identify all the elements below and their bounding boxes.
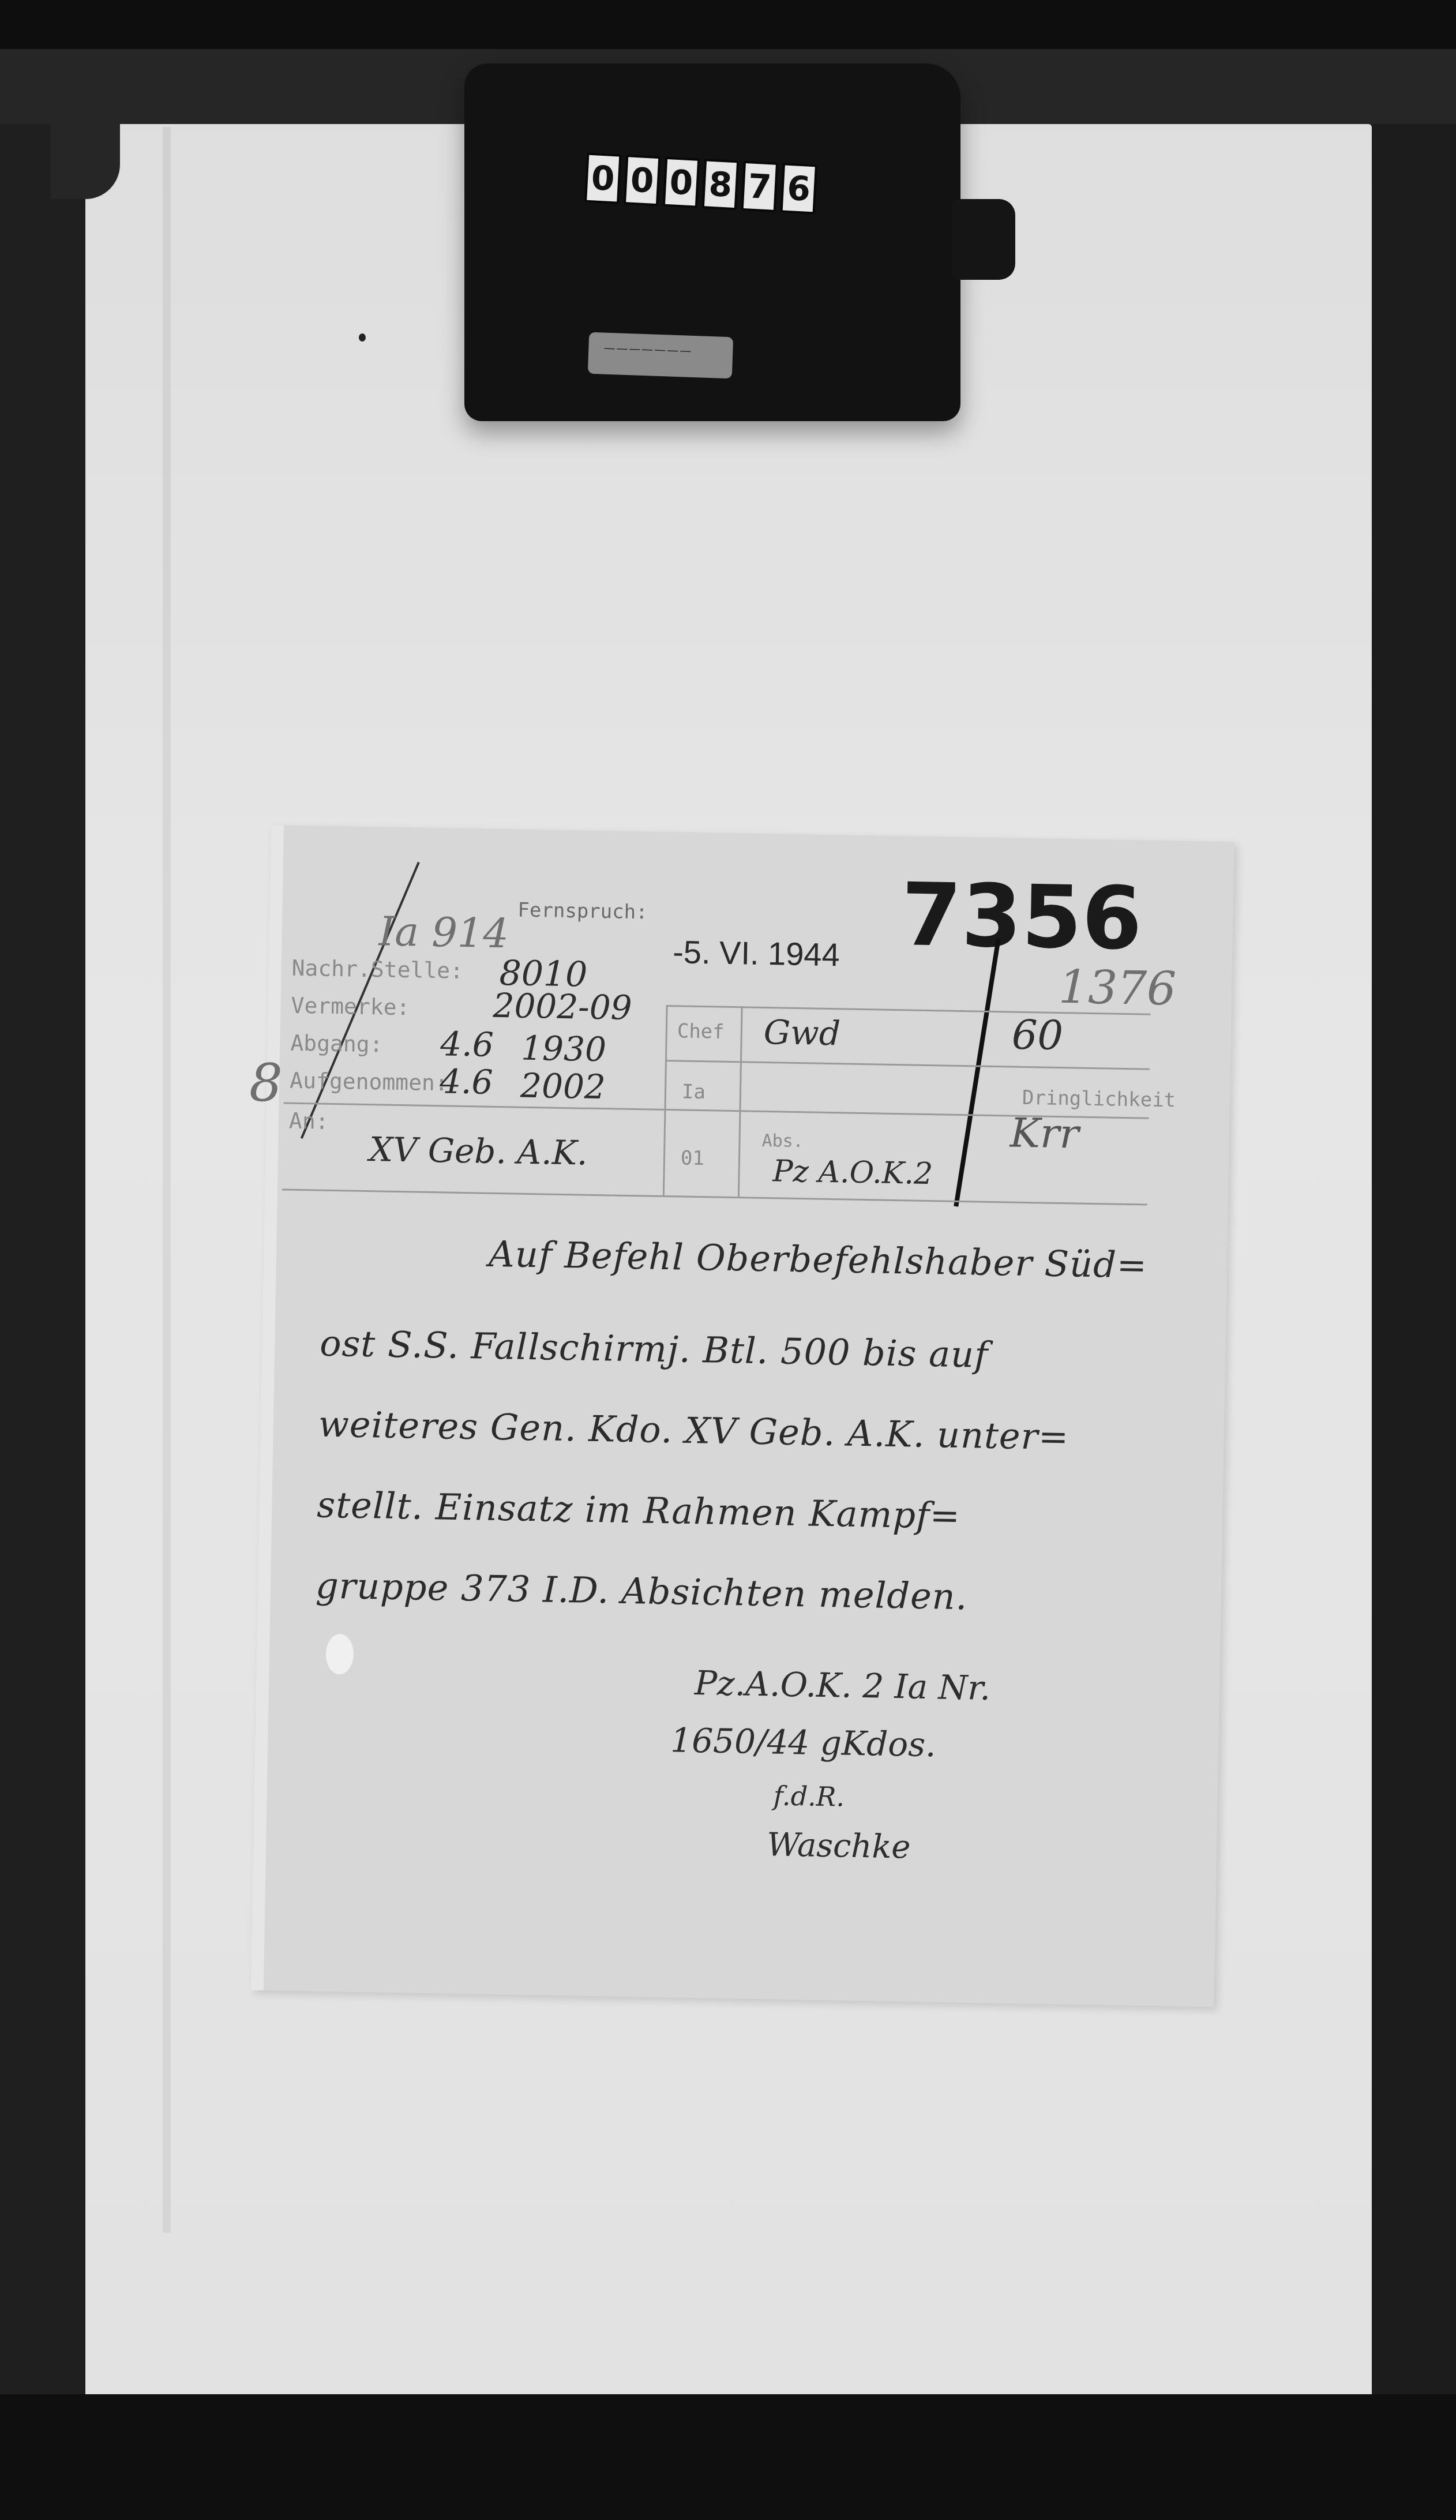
signature-reference: Pz.A.O.K. 2 Ia Nr. [695,1663,991,1708]
counter-knob-icon [952,199,1015,280]
counter-digit: 0 [624,155,661,206]
frame-counter-device: 0 0 0 8 7 6 ——————— [456,52,1015,433]
dust-mark [359,333,366,342]
cell-ia-label: Ia [682,1081,706,1104]
cell-chef-value: Gwd [763,1012,840,1053]
backing-shadow [163,127,171,2233]
message-line: weiteres Gen. Kdo. XV Geb. A.K. unter= [318,1403,1070,1458]
value-abgang-time: 1930 [521,1029,607,1070]
dringlichkeit-label: Dringlichkeit [1022,1086,1176,1112]
cell-abs-label: Abs. [761,1131,804,1152]
punch-hole [325,1634,354,1675]
film-border-left [0,124,85,2394]
cell-abs-value: Pz A.O.K.2 [772,1154,933,1191]
number-60: 60 [1011,1011,1063,1059]
margin-number: 8 [249,1052,283,1113]
counter-digit: 6 [780,163,817,214]
date-stamp: -5. VI. 1944 [673,933,840,973]
message-line: stellt. Einsatz im Rahmen Kampf= [317,1484,961,1537]
film-border-right [1372,124,1456,2394]
archive-number: 7356 [900,865,1143,969]
nameplate-text: ——————— [603,341,693,358]
film-frame-bottom [0,2394,1456,2520]
counter-digit: 0 [584,153,621,204]
message-line: Auf Befehl Oberbefehlshaber Süd= [488,1233,1147,1287]
counter-digit: 7 [741,161,778,212]
dringlichkeit-value: Krr [1010,1109,1079,1157]
label-an: An: [289,1108,329,1134]
value-aufgenommen-time: 2002 [520,1066,606,1107]
label-nachr-stelle: Nachr.Stelle: [291,955,463,984]
value-abgang-date: 4.6 [440,1024,494,1064]
pen-slash-mark [954,938,1000,1206]
counter-digit: 8 [702,159,739,210]
signature-name: Waschke [767,1826,911,1866]
cell-chef-label: Chef [677,1019,725,1043]
form-rule [282,1188,1147,1205]
counter-digit: 0 [663,157,700,208]
stamp-label: Fernspruch: [517,898,648,924]
number-1376: 1376 [1059,960,1177,1016]
label-vermerke: Vermerke: [291,993,410,1021]
label-abgang: Abgang: [290,1030,383,1057]
value-vermerke: 2002-09 [493,986,632,1027]
film-frame-top [0,0,1456,49]
signature-file-number: 1650/44 gKdos. [670,1720,936,1764]
value-an: XV Geb. A.K. [369,1130,588,1173]
form-rule [665,1060,1150,1070]
value-aufgenommen-date: 4.6 [440,1062,493,1102]
message-line: ost S.S. Fallschirmj. Btl. 500 bis auf [320,1322,989,1376]
reference-number: Ia 914 [378,907,509,957]
counter-nameplate: ——————— [588,332,733,379]
label-aufgenommen: Aufgenommen: [290,1068,448,1096]
form-column-rule [663,1005,668,1195]
signature-fdr: f.d.R. [773,1780,845,1812]
form-column-rule [738,1006,743,1197]
message-line: gruppe 373 I.D. Absichten melden. [315,1565,968,1618]
telegram-document: Ia 914 Fernspruch: -5. VI. 1944 7356 137… [251,825,1234,2007]
cell-01-label: 01 [681,1146,705,1170]
